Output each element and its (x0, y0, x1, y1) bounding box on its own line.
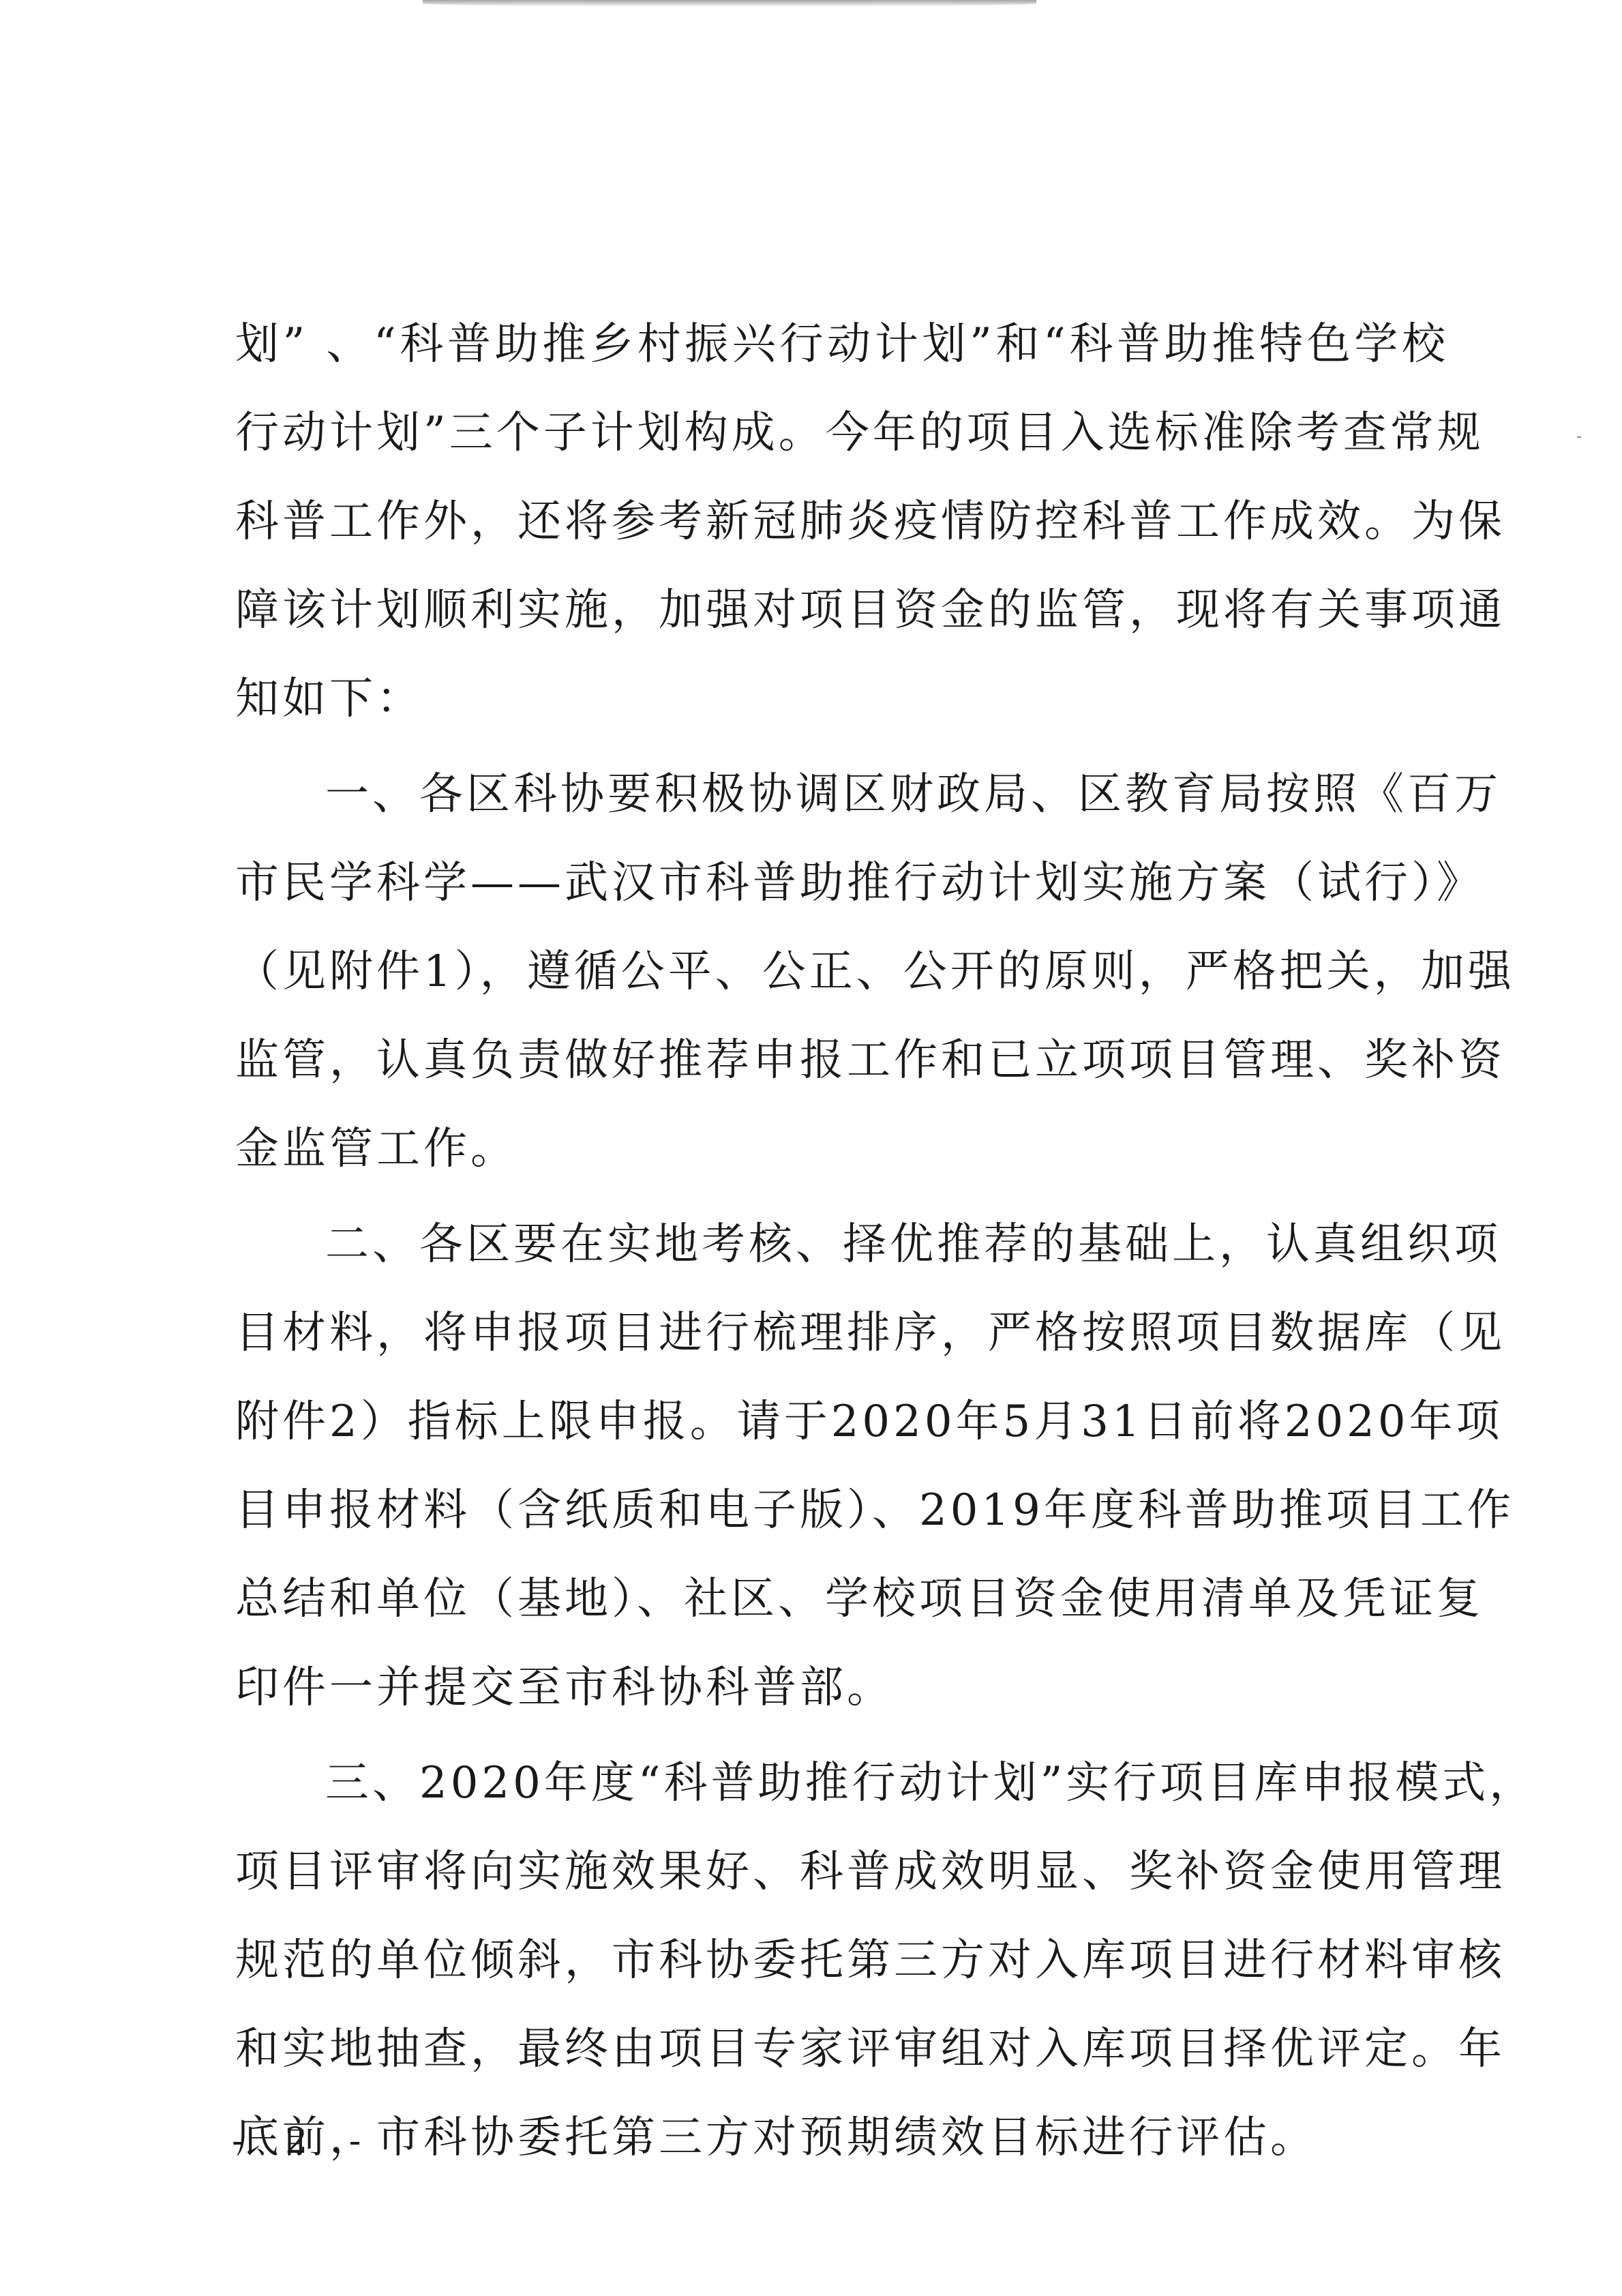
text-line: 科普工作外，还将参考新冠肺炎疫情防控科普工作成效。为保 (235, 477, 1449, 566)
text-line: 知如下： (235, 655, 1449, 743)
text-line: 附件2）指标上限申报。请于2020年5月31日前将2020年项 (235, 1377, 1449, 1466)
text-line: 目申报材料（含纸质和电子版）、2019年度科普助推项目工作 (235, 1466, 1449, 1555)
paragraph-gap (235, 1193, 1449, 1200)
page-number: - 2 - (232, 2121, 376, 2162)
text-line: 三、2020年度“科普助推行动计划”实行项目库申报模式， (235, 1739, 1449, 1828)
text-line: 金监管工作。 (235, 1105, 1449, 1193)
paragraph-gap (235, 1732, 1449, 1739)
scan-edge-shadow (423, 0, 1036, 7)
paragraph-item-3: 三、2020年度“科普助推行动计划”实行项目库申报模式， 项目评审将向实施效果好… (235, 1739, 1449, 2182)
paragraph-item-1: 一、各区科协要积极协调区财政局、区教育局按照《百万 市民学科学——武汉市科普助推… (235, 750, 1449, 1193)
text-line: 一、各区科协要积极协调区财政局、区教育局按照《百万 (235, 750, 1449, 839)
text-line: 二、各区要在实地考核、择优推荐的基础上，认真组织项 (235, 1200, 1449, 1289)
text-line: 和实地抽查，最终由项目专家评审组对入库项目择优评定。年 (235, 2005, 1449, 2093)
document-body: 划” 、“科普助推乡村振兴行动计划”和“科普助推特色学校 行动计划”三个子计划构… (235, 300, 1449, 2182)
text-line: 规范的单位倾斜，市科协委托第三方对入库项目进行材料审核 (235, 1916, 1449, 2005)
text-line: 目材料，将申报项目进行梳理排序，严格按照项目数据库（见 (235, 1289, 1449, 1377)
text-line: 行动计划”三个子计划构成。今年的项目入选标准除考查常规 (235, 389, 1449, 477)
text-line: 监管，认真负责做好推荐申报工作和已立项项目管理、奖补资 (235, 1016, 1449, 1105)
text-line: 市民学科学——武汉市科普助推行动计划实施方案（试行）》 (235, 839, 1449, 927)
text-line: 底前，市科协委托第三方对预期绩效目标进行评估。 (235, 2093, 1449, 2182)
text-line: 划” 、“科普助推乡村振兴行动计划”和“科普助推特色学校 (235, 300, 1449, 389)
text-line: 总结和单位（基地）、社区、学校项目资金使用清单及凭证复 (235, 1555, 1449, 1643)
margin-speck (1577, 436, 1581, 438)
text-line: （见附件1），遵循公平、公正、公开的原则，严格把关，加强 (235, 927, 1449, 1016)
text-line: 项目评审将向实施效果好、科普成效明显、奖补资金使用管理 (235, 1828, 1449, 1916)
paragraph-gap (235, 743, 1449, 750)
paragraph-intro-continued: 划” 、“科普助推乡村振兴行动计划”和“科普助推特色学校 行动计划”三个子计划构… (235, 300, 1449, 743)
paragraph-item-2: 二、各区要在实地考核、择优推荐的基础上，认真组织项 目材料，将申报项目进行梳理排… (235, 1200, 1449, 1732)
text-line: 印件一并提交至市科协科普部。 (235, 1643, 1449, 1732)
text-line: 障该计划顺利实施，加强对项目资金的监管，现将有关事项通 (235, 566, 1449, 655)
document-page: 划” 、“科普助推乡村振兴行动计划”和“科普助推特色学校 行动计划”三个子计划构… (0, 0, 1622, 2296)
